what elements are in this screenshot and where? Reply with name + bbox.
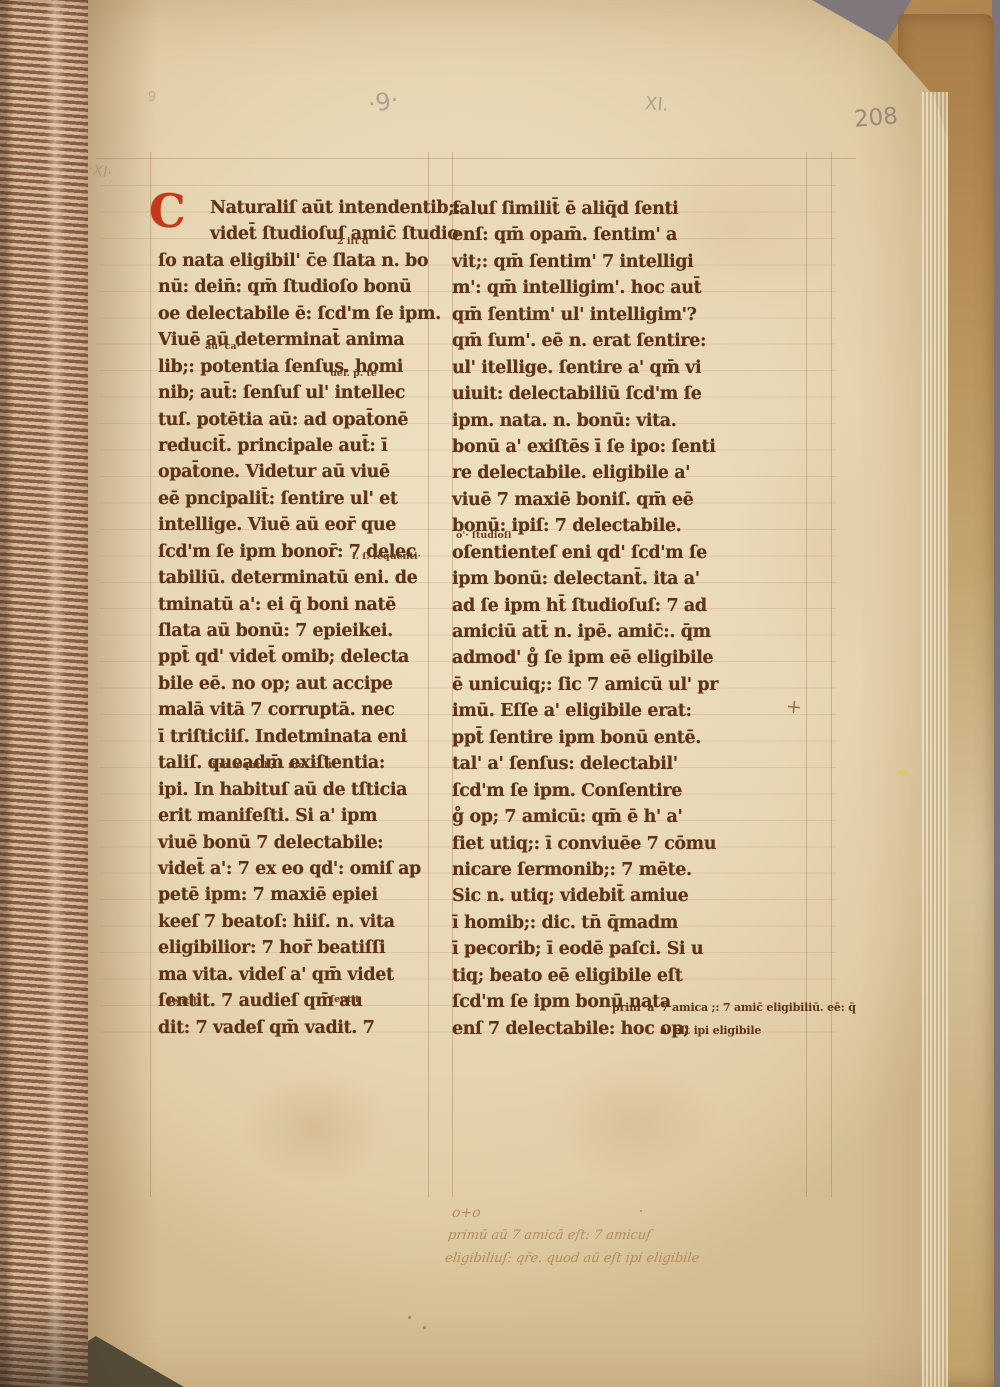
text-line: intellige. Viuē aū eor̄ que (158, 512, 434, 538)
stain (240, 1070, 390, 1185)
text-line: ſo nata eligibil' c̄e ſlata n. bo (158, 248, 434, 274)
text-line: viuē 7 maxiē boniſ. qm̄ eē (452, 487, 742, 513)
ruling-line-top (96, 158, 856, 159)
text-line: viuē bonū 7 delectabile: (158, 830, 434, 856)
text-column-right: ſaluſ ſimilit̄ ē aliq̄d ſentienſ: qm̄ op… (452, 196, 742, 1042)
text-line: uiuit: delectabiliū ſcd'm ſe (452, 381, 742, 407)
interlinear-gloss: i m̄ ſeqntib; ſ. m̄o. x°. t° (212, 760, 337, 771)
margin-cross-mark: + (785, 695, 803, 719)
text-line: bile eē. no op; aut accipe (158, 671, 434, 697)
text-line: nū: dein̄: qm̄ ſtudioſo bonū (158, 274, 434, 300)
text-line: nib; aut̄: ſenſuſ ul' intellec (158, 380, 434, 406)
pencil-mark-top-left: 9 (148, 90, 156, 105)
stain (550, 1060, 720, 1185)
text-line: vit;: qm̄ ſentim' 7 intelligi (452, 249, 742, 275)
text-line: ī homib;: dic. tn̄ q̄madm (452, 910, 742, 936)
text-line: petē ipm: 7 maxiē epiei (158, 882, 434, 908)
text-line: nicare ſermonib;: 7 mēte. (452, 857, 742, 883)
page-edge-stack (922, 92, 948, 1387)
text-line: m': qm̄ intelligim'. hoc aut̄ (452, 275, 742, 301)
text-line: videt̄ a': 7 ex eo qd': omiſ ap (158, 856, 434, 882)
text-line: eē pncipalit̄: ſentire ul' et (158, 486, 434, 512)
text-line: admod' g̊ ſe ipm eē eligibile (452, 645, 742, 671)
text-line: reducit̄. principale aut̄: ī (158, 433, 434, 459)
text-line: ī triſticiiſ. Indetminata eni (158, 724, 434, 750)
yellow-fleck (898, 770, 907, 776)
text-line: oe delectabile ē: ſcd'm ſe ipm. (158, 301, 434, 327)
interlinear-gloss: ſentit (168, 996, 197, 1007)
text-line: ſaluſ ſimilit̄ ē aliq̄d ſenti (452, 196, 742, 222)
text-line: ē unicuiq;: ſic 7 amicū ul' pr (452, 672, 742, 698)
text-line: Viuē aū determinat̄ anima (158, 327, 434, 353)
interlinear-gloss: uel. p̄. te (330, 368, 377, 379)
text-line: Naturaliſ aūt intendentib;: (158, 195, 434, 221)
speck (408, 1316, 411, 1319)
vertical-ruling-right-b (831, 152, 832, 1197)
text-line: tminatū a': ei q̄ boni natē (158, 592, 434, 618)
pencil-mark-top-center: ·9· (366, 86, 401, 119)
vertical-ruling-right-a (806, 152, 807, 1197)
pencil-folio-number: 208 (853, 103, 899, 133)
bottom-annotation-mark: o+o (451, 1205, 482, 1221)
interlinear-gloss: o'· ſtudioſi (456, 530, 512, 541)
text-line: ipm. nata. n. bonū: vita. (452, 408, 742, 434)
text-line: ipm bonū: delectant̄. ita a' (452, 566, 742, 592)
text-line: tiq; beato eē eligibile eſt (452, 963, 742, 989)
text-line: lib;: potentia ſenſus. homi (158, 354, 434, 380)
text-line: oſentienteſ eni qd' ſcd'm ſe (452, 540, 742, 566)
text-line: keeſ 7 beatoſ: hiiſ. n. vita (158, 909, 434, 935)
text-line: tuſ. potētia aū: ad opat̄onē (158, 407, 434, 433)
text-line: re delectabile. eligibile a' (452, 460, 742, 486)
bottom-annotation-line2: eligibiliuſ: qr̄e. quod aū eſt ipi eligi… (444, 1251, 700, 1266)
speck (423, 1326, 426, 1329)
text-line: ul' itellige. ſentire a' qm̄ vi (452, 355, 742, 381)
text-line: ad ſe ipm ht̄ ſtudioſuſ: 7 ad (452, 593, 742, 619)
text-line: videt̄ ſtudioſuſ amic̄ ſtudio (158, 221, 434, 247)
speck (640, 1210, 642, 1212)
text-line: ppt̄ qd' videt̄ omib; delecta (158, 644, 434, 670)
text-line: ipi. In habituſ aū de tſticia (158, 777, 434, 803)
text-line: opat̄one. Videtur aū viuē (158, 459, 434, 485)
interlinear-gloss: 2 iſt'd (337, 236, 369, 247)
interlinear-gloss: ſentit (330, 994, 359, 1005)
text-line: bonū a' exiſtēs ī ſe ipo: ſenti (452, 434, 742, 460)
margin-note-line2: a' eſt ipi eligibile (660, 1024, 761, 1037)
manuscript-page: C Naturaliſ aūt intendentib;:videt̄ ſtud… (0, 0, 1000, 1387)
text-line: ī pecorib; ī eodē paſci. Si u (452, 936, 742, 962)
text-line: erit manifeſti. Si a' ipm (158, 803, 434, 829)
interlinear-gloss: i. ſ. ſequenti· (352, 551, 421, 562)
text-line: malā vitā 7 corruptā. nec (158, 697, 434, 723)
text-line: imū. Eſſe a' eligibile erat: (452, 698, 742, 724)
text-line: Sic n. utiq; videbit̄ amiue (452, 883, 742, 909)
vertical-ruling-left (150, 152, 151, 1197)
text-line: ma vita. videſ a' qm̄ videt (158, 962, 434, 988)
pencil-quire-mark-top-right: XI. (644, 93, 669, 116)
text-line: eligibilior: 7 hor̄ beatiſſi (158, 935, 434, 961)
text-line: ppt̄ ſentire ipm bonū entē. (452, 725, 742, 751)
text-line: ſentit. 7 audieſ qm̄ au (158, 988, 434, 1014)
text-line: qm̄ ſum'. eē n. erat ſentire: (452, 328, 742, 354)
text-line: ſlata aū bonū: 7 epieikei. (158, 618, 434, 644)
text-line: enſ: qm̄ opam̄. ſentim' a (452, 222, 742, 248)
text-line: g̊ op; 7 amicū: qm̄ ē h' a' (452, 804, 742, 830)
text-line: tabiliū. determinatū eni. de (158, 565, 434, 591)
text-line: qm̄ ſentim' ul' intelligim'? (452, 302, 742, 328)
text-line: ſcd'm ſe ipm. Conſentire (452, 778, 742, 804)
text-line: amiciū att̄ n. ipē. amic̄:. q̄m (452, 619, 742, 645)
interlinear-gloss: aū· ca· (205, 341, 240, 352)
text-column-left: Naturaliſ aūt intendentib;:videt̄ ſtudio… (158, 195, 434, 1041)
text-line: tal' a' ſenſus: delectabil' (452, 751, 742, 777)
facing-page-textblock (0, 0, 96, 1387)
manuscript-photo: C Naturaliſ aūt intendentib;:videt̄ ſtud… (0, 0, 1000, 1387)
text-line: dit: 7 vadeſ qm̄ vadit. 7 (158, 1015, 434, 1041)
facing-page-shadow (0, 1290, 96, 1387)
margin-note-line1: prim' a' 7 amica ;: 7 amic̄ eligibiliū. … (612, 1001, 856, 1014)
bottom-annotation-line1: primū aū 7 amicā eſt: 7 amicuſ (447, 1228, 652, 1243)
text-line: fiet utiq;: ī conviuēe 7 cōmu (452, 831, 742, 857)
